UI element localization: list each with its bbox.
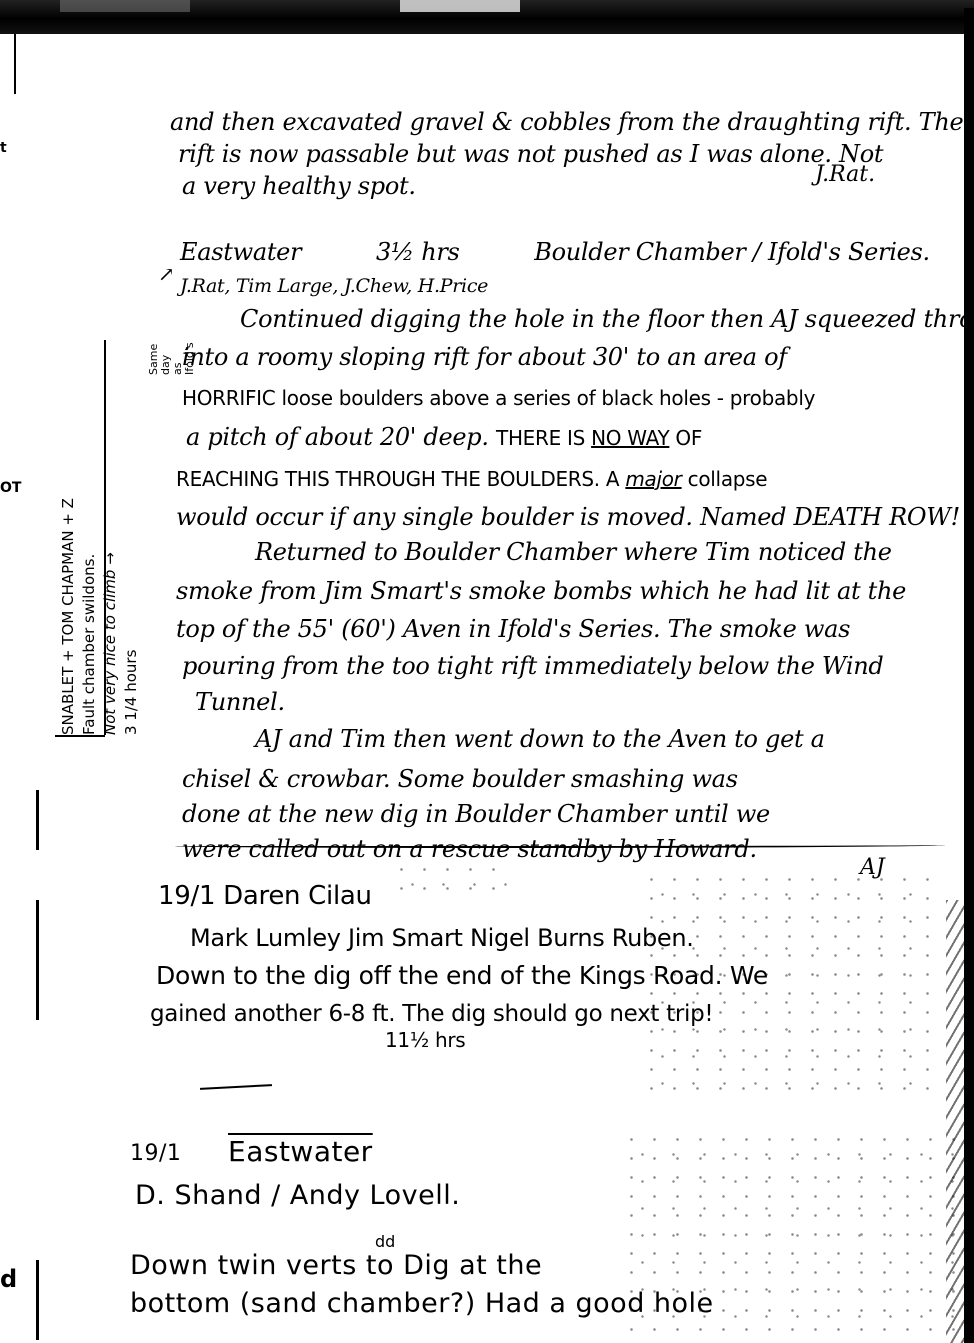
entry-text-line: Down twin verts to Dig at the [130,1252,542,1280]
cave-name: Eastwater [228,1138,373,1166]
trip-duration: 3½ hrs [376,238,460,266]
scan-noise [390,860,510,890]
margin-note-line: Fault chamber swildons. [79,355,100,735]
insertion-mark: dd [375,1232,395,1251]
trip-duration: 11½ hrs [385,1026,465,1054]
signature: J.Rat. [815,162,875,187]
team-list: Mark Lumley Jim Smart Nigel Burns Ruben. [190,924,694,952]
section-end-underline [175,843,945,848]
entry-date: 19/1 [130,1140,181,1168]
entry-text-line: Continued digging the hole in the floor … [240,305,974,333]
entry-text-line: REACHING THIS THROUGH THE BOULDERS. A ma… [176,465,767,493]
entry-text-line: smoke from Jim Smart's smoke bombs which… [176,577,906,605]
team-list: D. Shand / Andy Lovell. [135,1182,460,1210]
entry-text-line: Returned to Boulder Chamber where Tim no… [255,538,892,566]
cave-name: Daren Cilau [223,881,372,911]
binding-mark [36,1260,39,1340]
scan-glare [400,0,520,12]
carryover-line: rift is now passable but was not pushed … [178,140,883,168]
trip-location: Boulder Chamber / Ifold's Series. [534,238,930,266]
entry-text-line: into a roomy sloping rift for about 30' … [182,343,787,371]
entry-text-line: Tunnel. [195,688,285,716]
entry-text-line: AJ and Tim then went down to the Aven to… [255,725,825,753]
entry-date: 19/1 [158,881,215,911]
carryover-line: and then excavated gravel & cobbles from… [170,108,963,136]
arrow-icon: ↗ [158,262,175,286]
entry-text-line: pouring from the too tight rift immediat… [182,652,883,680]
carryover-line: a very healthy spot. [182,172,416,200]
margin-note-line: Not very nice to climb [101,570,119,735]
entry-text-line: would occur if any single boulder is mov… [176,503,960,531]
entry-text-line: top of the 55' (60') Aven in Ifold's Ser… [176,615,850,643]
facing-page-fragment: OT [0,480,21,496]
margin-note: SNABLET + TOM CHAPMAN + Z Fault chamber … [58,355,142,735]
entry-text-line: done at the new dig in Boulder Chamber u… [182,800,770,828]
emphasis-major: major [625,467,681,491]
divider-line [200,1084,272,1090]
page-edge-rule [14,34,16,94]
entry-text-line: were called out on a rescue standby by H… [182,835,757,863]
entry-text-line: chisel & crowbar. Some boulder smashing … [182,765,738,793]
entry-header: 19/1 Daren Cilau [158,882,372,910]
entry-text-line: a pitch of about 20' deep. THERE IS NO W… [186,423,702,452]
scan-noise [620,1130,960,1340]
scan-noise [640,870,940,1100]
binding-mark [36,790,39,850]
scan-glare [60,0,190,12]
margin-aside: Same day as Ifold's [148,342,196,375]
scan-right-edge [964,8,974,1343]
team-list: J.Rat, Tim Large, J.Chew, H.Price [180,272,488,300]
facing-page-fragment: t [0,140,7,156]
facing-page-fragment: d [0,1265,17,1293]
emphasis-no-way: NO WAY [591,426,669,450]
margin-bracket [55,735,105,737]
binding-mark [36,900,39,1020]
logbook-page: t OT d and then excavated gravel & cobbl… [0,0,974,1343]
entry-text-line: HORRIFIC loose boulders above a series o… [182,384,815,412]
scan-top-edge [0,0,974,34]
entry-text-line: gained another 6-8 ft. The dig should go… [150,1000,713,1028]
entry-header: Eastwater 3½ hrs Boulder Chamber / Ifold… [180,238,930,266]
margin-note-line: SNABLET + TOM CHAPMAN + Z [58,355,79,735]
margin-note-line: 3 1/4 hours [121,355,142,735]
cave-name: Eastwater [180,238,301,266]
